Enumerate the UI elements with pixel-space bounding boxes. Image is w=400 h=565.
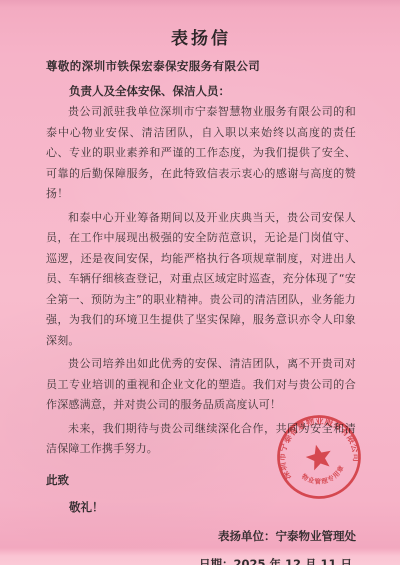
commendation-letter-page: 表扬信 尊敬的深圳市铁保宏泰保安服务有限公司 负责人及全体安保、保洁人员： 贵公… <box>0 0 400 565</box>
closing-jingli: 敬礼！ <box>46 499 356 515</box>
paragraph-2: 和泰中心开业筹备期间以及开业庆典当天，贵公司安保人员，在工作中展现出极强的安全防… <box>46 208 356 352</box>
recipient-company-line: 尊敬的深圳市铁保宏泰保安服务有限公司 <box>46 58 356 74</box>
letter-title: 表扬信 <box>46 24 356 49</box>
signoff-block: 表扬单位：宁泰物业管理处 日期：2025 年 12 月 11 日 <box>46 528 356 565</box>
paragraph-3: 贵公司培养出如此优秀的安保、清洁团队，离不开贵司对员工专业培训的重视和企业文化的… <box>46 354 356 416</box>
closing-cizhi: 此致 <box>46 472 356 488</box>
paragraph-4: 未来，我们期待与贵公司继续深化合作，共同为安全和清洁保障工作携手努力。 <box>46 419 356 460</box>
signoff-date: 日期：2025 年 12 月 11 日 <box>46 556 356 565</box>
paragraph-1: 贵公司派驻我单位深圳市宁泰智慧物业服务有限公司的和泰中心物业安保、清洁团队，自入… <box>46 102 356 205</box>
signoff-unit: 表扬单位：宁泰物业管理处 <box>46 528 356 544</box>
letter-content: 表扬信 尊敬的深圳市铁保宏泰保安服务有限公司 负责人及全体安保、保洁人员： 贵公… <box>0 0 400 565</box>
recipient-staff-line: 负责人及全体安保、保洁人员： <box>46 83 356 99</box>
